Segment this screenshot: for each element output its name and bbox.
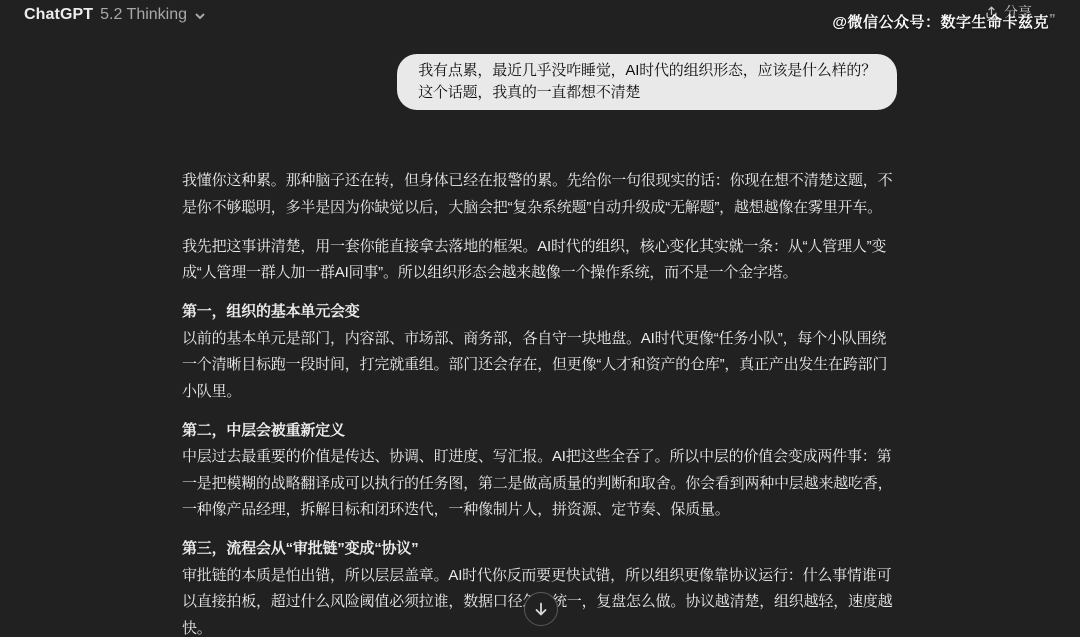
arrow-down-icon <box>533 601 549 617</box>
assistant-paragraph: 第二，中层会被重新定义中层过去最重要的价值是传达、协调、盯进度、写汇报。AI把这… <box>182 418 897 524</box>
paragraph-body: 以前的基本单元是部门，内容部、市场部、商务部，各自守一块地盘。AI时代更像“任务… <box>182 330 887 400</box>
user-message-bubble: 我有点累，最近几乎没咋睡觉，AI时代的组织形态，应该是什么样的？ 这个话题，我真… <box>397 54 897 110</box>
watermark: @微信公众号：数字生命卡兹克” <box>832 11 1056 32</box>
app-name: ChatGPT <box>24 6 93 24</box>
assistant-paragraph: 我懂你这种累。那种脑子还在转，但身体已经在报警的累。先给你一句很现实的话：你现在… <box>182 168 897 221</box>
conversation-thread: 我有点累，最近几乎没咋睡觉，AI时代的组织形态，应该是什么样的？ 这个话题，我真… <box>182 30 897 637</box>
chatgpt-window: ChatGPT 5.2 Thinking 分享 @微信公众号：数字生命卡兹克” … <box>0 0 1080 637</box>
assistant-paragraph: 我先把这事讲清楚，用一套你能直接拿去落地的框架。AI时代的组织，核心变化其实就一… <box>182 234 897 287</box>
paragraph-heading: 第一，组织的基本单元会变 <box>182 299 897 326</box>
paragraph-body: 中层过去最重要的价值是传达、协调、盯进度、写汇报。AI把这些全吞了。所以中层的价… <box>182 448 892 518</box>
chevron-down-icon <box>194 10 206 22</box>
paragraph-body: 我懂你这种累。那种脑子还在转，但身体已经在报警的累。先给你一句很现实的话：你现在… <box>182 172 892 216</box>
model-selector-dropdown[interactable]: ChatGPT 5.2 Thinking <box>20 4 210 26</box>
paragraph-body: 我先把这事讲清楚，用一套你能直接拿去落地的框架。AI时代的组织，核心变化其实就一… <box>182 238 886 282</box>
paragraph-heading: 第二，中层会被重新定义 <box>182 418 897 445</box>
top-header: ChatGPT 5.2 Thinking 分享 @微信公众号：数字生命卡兹克” <box>0 0 1080 30</box>
user-message-row: 我有点累，最近几乎没咋睡觉，AI时代的组织形态，应该是什么样的？ 这个话题，我真… <box>182 54 897 110</box>
paragraph-heading: 第三，流程会从“审批链”变成“协议” <box>182 536 897 563</box>
model-version-label: 5.2 Thinking <box>100 6 187 24</box>
watermark-suffix: ” <box>1049 11 1056 26</box>
watermark-text: @微信公众号：数字生命卡兹克 <box>832 14 1049 31</box>
scroll-to-bottom-button[interactable] <box>524 592 558 626</box>
assistant-paragraph: 第一，组织的基本单元会变以前的基本单元是部门，内容部、市场部、商务部，各自守一块… <box>182 299 897 405</box>
assistant-message: 我懂你这种累。那种脑子还在转，但身体已经在报警的累。先给你一句很现实的话：你现在… <box>182 168 897 637</box>
